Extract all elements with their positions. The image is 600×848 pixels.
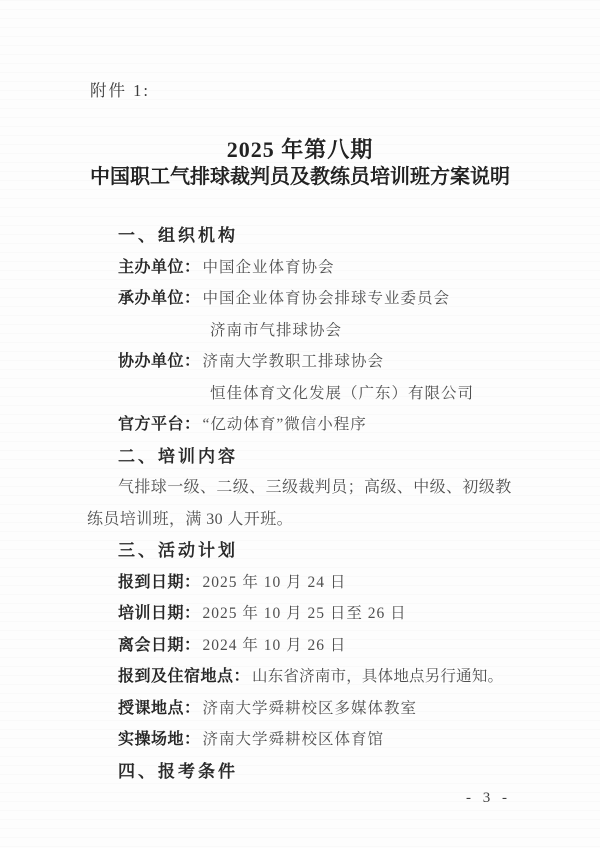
row-value: 济南大学教职工排球协会 xyxy=(203,353,385,370)
row-label: 实操场地： xyxy=(118,731,201,748)
row-label: 承办单位： xyxy=(118,290,201,307)
plan-row-departure-date: 离会日期：2024 年 10 月 26 日 xyxy=(87,630,517,662)
row-label: 离会日期： xyxy=(118,637,201,654)
org-row-organizer-cont: 济南市气排球协会 xyxy=(87,315,517,347)
section-3-heading: 三、活动计划 xyxy=(87,535,517,567)
row-value: 山东省济南市，具体地点另行通知。 xyxy=(252,668,503,685)
row-value: 中国企业体育协会排球专业委员会 xyxy=(203,290,451,307)
row-value: 2024 年 10 月 26 日 xyxy=(203,637,347,654)
org-row-organizer: 承办单位：中国企业体育协会排球专业委员会 xyxy=(87,283,517,315)
org-row-coorganizer: 协办单位：济南大学教职工排球协会 xyxy=(87,346,517,378)
document-title-line2: 中国职工气排球裁判员及教练员培训班方案说明 xyxy=(0,160,600,189)
section-2-heading: 二、培训内容 xyxy=(87,441,517,473)
plan-row-checkin-date: 报到日期：2025 年 10 月 24 日 xyxy=(87,567,517,599)
training-content-line2: 练员培训班，满 30 人开班。 xyxy=(87,504,517,536)
section-1-heading: 一、组织机构 xyxy=(87,220,517,252)
document-body: 一、组织机构 主办单位：中国企业体育协会 承办单位：中国企业体育协会排球专业委员… xyxy=(87,220,517,787)
row-value: 济南大学舜耕校区体育馆 xyxy=(203,731,385,748)
row-label: 报到日期： xyxy=(118,574,201,591)
row-label: 授课地点： xyxy=(118,700,201,717)
document-page: 附件 1: 2025 年第八期 中国职工气排球裁判员及教练员培训班方案说明 一、… xyxy=(0,0,600,848)
row-label: 报到及住宿地点： xyxy=(118,668,250,685)
row-value: 济南市气排球协会 xyxy=(210,322,342,339)
plan-row-lodging-location: 报到及住宿地点：山东省济南市，具体地点另行通知。 xyxy=(87,661,517,693)
attachment-label: 附件 1: xyxy=(90,77,150,101)
row-label: 协办单位： xyxy=(118,353,201,370)
org-row-host: 主办单位：中国企业体育协会 xyxy=(87,252,517,284)
row-value: “亿动体育”微信小程序 xyxy=(203,416,367,433)
row-value: 济南大学舜耕校区多媒体教室 xyxy=(203,700,418,717)
row-value: 2025 年 10 月 25 日至 26 日 xyxy=(203,605,407,622)
page-number: - 3 - xyxy=(466,790,511,807)
org-row-coorganizer-cont: 恒佳体育文化发展（广东）有限公司 xyxy=(87,378,517,410)
row-label: 培训日期： xyxy=(118,605,201,622)
row-value: 恒佳体育文化发展（广东）有限公司 xyxy=(210,385,474,402)
section-4-heading: 四、报考条件 xyxy=(87,756,517,788)
row-label: 官方平台： xyxy=(118,416,201,433)
row-value: 中国企业体育协会 xyxy=(203,259,335,276)
plan-row-lecture-location: 授课地点：济南大学舜耕校区多媒体教室 xyxy=(87,693,517,725)
plan-row-training-date: 培训日期：2025 年 10 月 25 日至 26 日 xyxy=(87,598,517,630)
training-content-line1: 气排球一级、二级、三级裁判员；高级、中级、初级教 xyxy=(87,472,517,504)
row-value: 2025 年 10 月 24 日 xyxy=(203,574,347,591)
org-row-platform: 官方平台：“亿动体育”微信小程序 xyxy=(87,409,517,441)
row-label: 主办单位： xyxy=(118,259,201,276)
plan-row-practice-venue: 实操场地：济南大学舜耕校区体育馆 xyxy=(87,724,517,756)
